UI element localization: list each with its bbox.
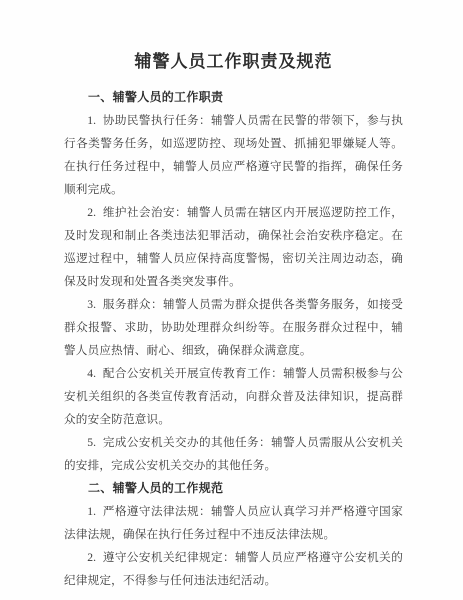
section-heading-rules: 二、辅警人员的工作规范 xyxy=(64,477,403,500)
item-text: 协助民警执行任务：辅警人员需在民警的带领下，参与执行各类警务任务，如巡逻防控、现… xyxy=(64,114,403,196)
item-number: 2. xyxy=(87,206,96,219)
rule-item-2: 2.遵守公安机关纪律规定：辅警人员应严格遵守公安机关的纪律规定，不得参与任何违法… xyxy=(64,546,403,592)
rule-item-1: 1.严格遵守法律法规：辅警人员应认真学习并严格遵守国家法律法规，确保在执行任务过… xyxy=(64,500,403,546)
item-text: 完成公安机关交办的其他任务：辅警人员需服从公安机关的安排，完成公安机关交办的其他… xyxy=(64,436,403,472)
item-text: 服务群众：辅警人员需为群众提供各类警务服务，如接受群众报警、求助，协助处理群众纠… xyxy=(64,298,403,357)
section-heading-duties: 一、辅警人员的工作职责 xyxy=(64,86,403,109)
document-title: 辅警人员工作职责及规范 xyxy=(64,50,403,74)
item-number: 3. xyxy=(87,298,96,311)
item-text: 配合公安机关开展宣传教育工作：辅警人员需积极参与公安机关组织的各类宣传教育活动，… xyxy=(64,367,403,426)
duty-item-2: 2.维护社会治安：辅警人员需在辖区内开展巡逻防控工作，及时发现和制止各类违法犯罪… xyxy=(64,201,403,293)
item-number: 5. xyxy=(87,436,96,449)
item-text: 维护社会治安：辅警人员需在辖区内开展巡逻防控工作，及时发现和制止各类违法犯罪活动… xyxy=(64,206,403,288)
document-title-text: 辅警人员工作职责及规范 xyxy=(135,52,333,71)
duty-item-3: 3.服务群众：辅警人员需为群众提供各类警务服务，如接受群众报警、求助，协助处理群… xyxy=(64,293,403,362)
item-number: 2. xyxy=(87,551,96,564)
item-number: 4. xyxy=(87,367,96,380)
document-page: 辅警人员工作职责及规范 一、辅警人员的工作职责 1.协助民警执行任务：辅警人员需… xyxy=(0,0,463,600)
duty-item-4: 4.配合公安机关开展宣传教育工作：辅警人员需积极参与公安机关组织的各类宣传教育活… xyxy=(64,362,403,431)
item-number: 1. xyxy=(87,505,96,518)
item-text: 遵守公安机关纪律规定：辅警人员应严格遵守公安机关的纪律规定，不得参与任何违法违纪… xyxy=(64,551,403,587)
duty-item-1: 1.协助民警执行任务：辅警人员需在民警的带领下，参与执行各类警务任务，如巡逻防控… xyxy=(64,109,403,201)
duty-item-5: 5.完成公安机关交办的其他任务：辅警人员需服从公安机关的安排，完成公安机关交办的… xyxy=(64,431,403,477)
item-number: 1. xyxy=(87,114,96,127)
item-text: 严格遵守法律法规：辅警人员应认真学习并严格遵守国家法律法规，确保在执行任务过程中… xyxy=(64,505,403,541)
